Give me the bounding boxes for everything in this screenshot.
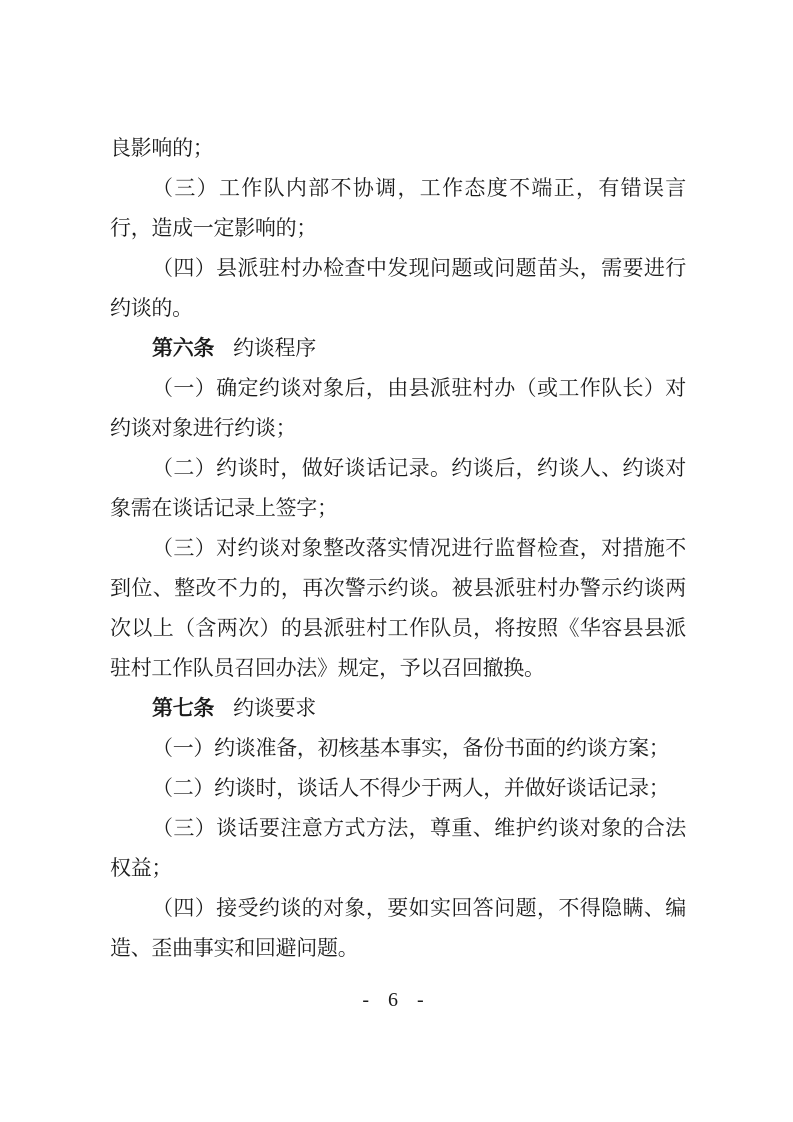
article-number: 第六条 [152, 336, 214, 360]
document-text-block: 良影响的； （三）工作队内部不协调，工作态度不端正，有错误言行，造成一定影响的；… [110, 128, 686, 968]
article-title: 约谈程序 [233, 336, 316, 360]
article-number: 第七条 [152, 696, 214, 720]
clause-item: （二）约谈时，做好谈话记录。约谈后，约谈人、约谈对象需在谈话记录上签字； [110, 448, 686, 528]
clause-item: （三）工作队内部不协调，工作态度不端正，有错误言行，造成一定影响的； [110, 168, 686, 248]
article-7-heading: 第七条约谈要求 [110, 688, 686, 728]
clause-item: （一）确定约谈对象后，由县派驻村办（或工作队长）对约谈对象进行约谈； [110, 368, 686, 448]
document-page: 良影响的； （三）工作队内部不协调，工作态度不端正，有错误言行，造成一定影响的；… [0, 0, 793, 1122]
article-title: 约谈要求 [233, 696, 316, 720]
clause-item: （四）县派驻村办检查中发现问题或问题苗头，需要进行约谈的。 [110, 248, 686, 328]
clause-item: （三）对约谈对象整改落实情况进行监督检查，对措施不到位、整改不力的，再次警示约谈… [110, 528, 686, 688]
clause-item: （二）约谈时，谈话人不得少于两人，并做好谈话记录； [110, 768, 686, 808]
article-6-heading: 第六条约谈程序 [110, 328, 686, 368]
page-number: - 6 - [362, 989, 430, 1011]
clause-item: （四）接受约谈的对象，要如实回答问题，不得隐瞒、编造、歪曲事实和回避问题。 [110, 888, 686, 968]
page-footer: - 6 - [0, 988, 793, 1012]
paragraph-continuation: 良影响的； [110, 128, 686, 168]
clause-item: （三）谈话要注意方式方法，尊重、维护约谈对象的合法权益； [110, 808, 686, 888]
clause-item: （一）约谈准备，初核基本事实，备份书面的约谈方案； [110, 728, 686, 768]
